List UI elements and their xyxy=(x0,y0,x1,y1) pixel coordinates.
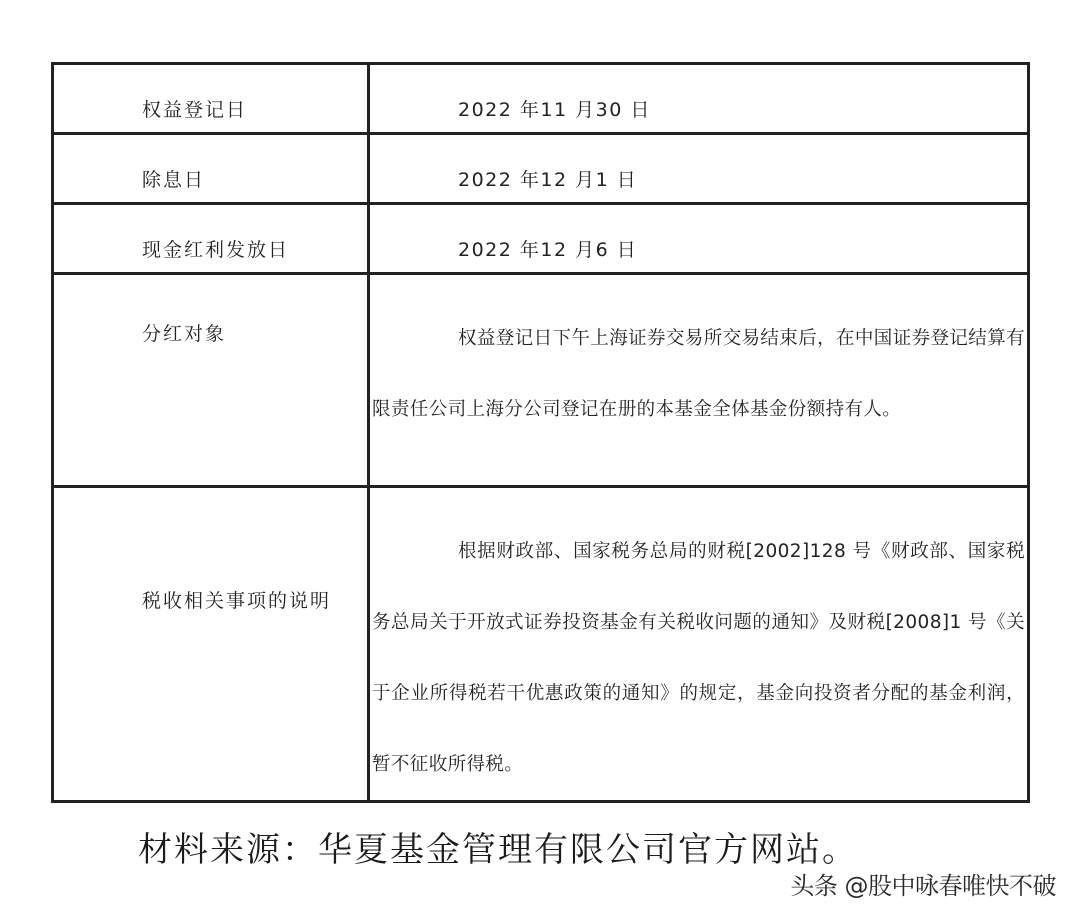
table-row-dividend-target: 分红对象 权益登记日下午上海证券交易所交易结束后，在中国证券登记结算有限责任公司… xyxy=(53,274,1029,487)
row-label: 现金红利发放日 xyxy=(54,205,367,262)
row-value: 2022 年12 月1 日 xyxy=(370,135,1027,192)
label-cell: 分红对象 xyxy=(53,274,369,487)
value-cell: 2022 年12 月1 日 xyxy=(369,134,1029,204)
value-cell: 2022 年11 月30 日 xyxy=(369,64,1029,134)
table-row-record-date: 权益登记日 2022 年11 月30 日 xyxy=(53,64,1029,134)
label-cell: 现金红利发放日 xyxy=(53,204,369,274)
label-cell: 除息日 xyxy=(53,134,369,204)
table-row-ex-dividend-date: 除息日 2022 年12 月1 日 xyxy=(53,134,1029,204)
watermark: 头条 @股中咏春唯快不破 xyxy=(790,866,1056,901)
row-value-paragraph: 根据财政部、国家税务总局的财税[2002]128 号《财政部、国家税务总局关于开… xyxy=(370,488,1027,800)
dividend-info-table: 权益登记日 2022 年11 月30 日 除息日 2022 年12 月1 日 现… xyxy=(51,62,1030,803)
row-label: 除息日 xyxy=(54,135,367,192)
value-cell: 权益登记日下午上海证券交易所交易结束后，在中国证券登记结算有限责任公司上海分公司… xyxy=(369,274,1029,487)
table-row-tax-notes: 税收相关事项的说明 根据财政部、国家税务总局的财税[2002]128 号《财政部… xyxy=(53,487,1029,802)
row-label: 权益登记日 xyxy=(54,65,367,122)
row-value: 2022 年11 月30 日 xyxy=(370,65,1027,122)
value-cell: 2022 年12 月6 日 xyxy=(369,204,1029,274)
row-value: 2022 年12 月6 日 xyxy=(370,205,1027,262)
label-cell: 权益登记日 xyxy=(53,64,369,134)
row-value-paragraph: 权益登记日下午上海证券交易所交易结束后，在中国证券登记结算有限责任公司上海分公司… xyxy=(370,275,1027,445)
value-cell: 根据财政部、国家税务总局的财税[2002]128 号《财政部、国家税务总局关于开… xyxy=(369,487,1029,802)
row-label: 税收相关事项的说明 xyxy=(54,488,367,613)
source-caption: 材料来源：华夏基金管理有限公司官方网站。 xyxy=(138,822,858,871)
label-cell: 税收相关事项的说明 xyxy=(53,487,369,802)
table-row-payment-date: 现金红利发放日 2022 年12 月6 日 xyxy=(53,204,1029,274)
row-label: 分红对象 xyxy=(54,275,367,346)
